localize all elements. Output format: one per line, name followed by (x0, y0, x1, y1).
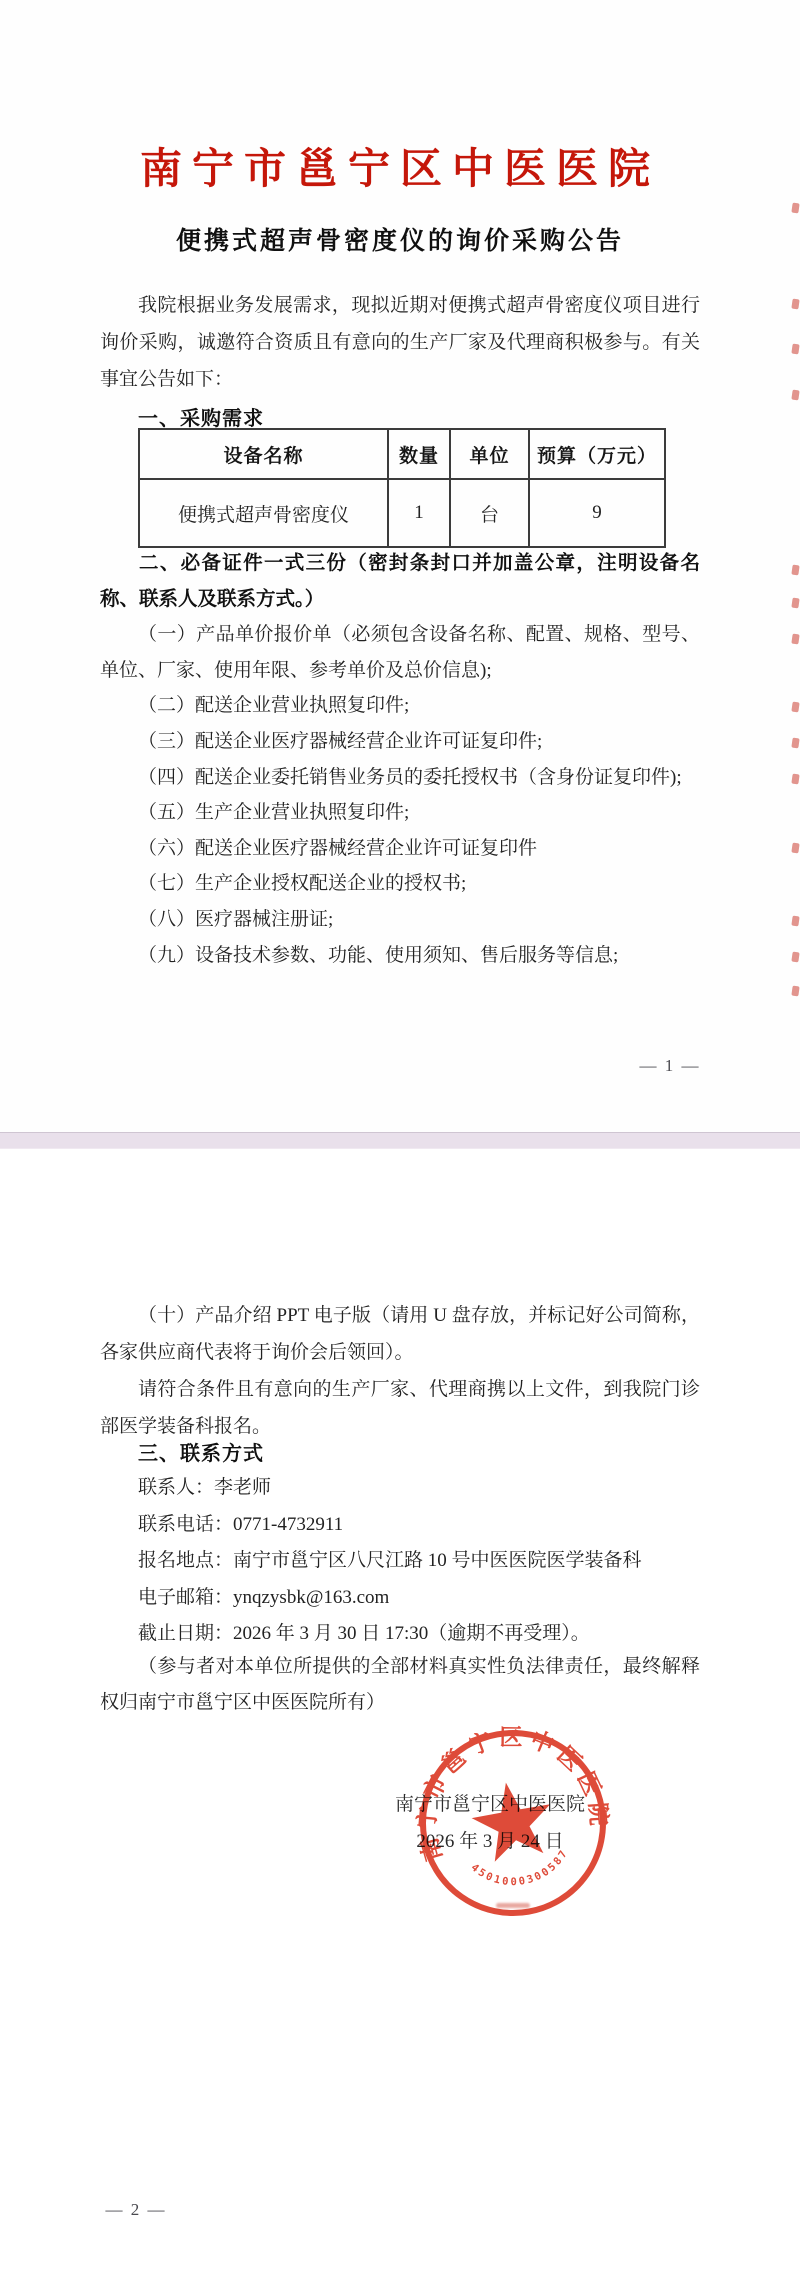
stamp-star-icon (467, 1776, 559, 1865)
cell-device-name: 便携式超声骨密度仪 (139, 479, 388, 547)
scan-artifact (791, 634, 799, 645)
contact-person: 联系人：李老师 (100, 1470, 700, 1507)
contact-phone: 联系电话：0771-4732911 (100, 1507, 700, 1544)
invitation-paragraph: 请符合条件且有意向的生产厂家、代理商携以上文件，到我院门诊部医学装备科报名。 (100, 1371, 700, 1445)
col-header-budget: 预算（万元） (529, 429, 665, 479)
legal-note-text: （参与者对本单位所提供的全部材料真实性负法律责任，最终解释权归南宁市邕宁区中医医… (100, 1649, 700, 1721)
scan-artifact (791, 843, 799, 854)
required-doc-item: （二）配送企业营业执照复印件; (100, 688, 700, 724)
document-page-1: 南宁市邕宁区中医医院 便携式超声骨密度仪的询价采购公告 我院根据业务发展需求，现… (0, 0, 800, 1132)
col-header-quantity: 数量 (388, 429, 450, 479)
col-header-device-name: 设备名称 (139, 429, 388, 479)
contact-block: 联系人：李老师 联系电话：0771-4732911 报名地点：南宁市邕宁区八尺江… (100, 1470, 700, 1653)
required-doc-item: （五）生产企业营业执照复印件; (100, 795, 700, 831)
contact-deadline: 截止日期：2026 年 3 月 30 日 17:30（逾期不再受理）。 (100, 1616, 700, 1653)
cell-unit: 台 (450, 479, 529, 547)
legal-note: （参与者对本单位所提供的全部材料真实性负法律责任，最终解释权归南宁市邕宁区中医医… (100, 1649, 700, 1721)
procurement-table: 设备名称 数量 单位 预算（万元） 便携式超声骨密度仪 1 台 9 (138, 428, 666, 548)
section-2-block: 二、必备证件一式三份（密封条封口并加盖公章，注明设备名称、联系人及联系方式。） … (100, 546, 700, 973)
scan-artifact (791, 344, 799, 355)
scan-artifact (791, 738, 799, 749)
document-page-2: （十）产品介绍 PPT 电子版（请用 U 盘存放，并标记好公司简称，各家供应商代… (0, 1149, 800, 2273)
required-doc-item: （九）设备技术参数、功能、使用须知、售后服务等信息; (100, 938, 700, 974)
required-doc-item: （一）产品单价报价单（必须包含设备名称、配置、规格、型号、单位、厂家、使用年限、… (100, 617, 700, 688)
scan-artifact (791, 702, 799, 713)
scan-artifact (791, 598, 799, 609)
table-row: 便携式超声骨密度仪 1 台 9 (139, 479, 665, 547)
page-separator-band (0, 1132, 800, 1149)
table-header-row: 设备名称 数量 单位 预算（万元） (139, 429, 665, 479)
section-3-heading: 三、联系方式 (138, 1437, 264, 1466)
scan-artifact (791, 203, 799, 214)
hospital-title: 南宁市邕宁区中医医院 (0, 136, 800, 196)
scan-artifact (791, 774, 799, 785)
col-header-unit: 单位 (450, 429, 529, 479)
stamp-ink-smudge (496, 1903, 530, 1908)
svg-text:4501000300587: 4501000300587 (467, 1845, 575, 1896)
scan-artifact (791, 916, 799, 927)
contact-email: 电子邮箱：ynqzysbk@163.com (100, 1580, 700, 1617)
item-10-block: （十）产品介绍 PPT 电子版（请用 U 盘存放，并标记好公司简称，各家供应商代… (100, 1297, 700, 1445)
scan-artifact (791, 986, 799, 997)
announcement-title: 便携式超声骨密度仪的询价采购公告 (0, 221, 800, 257)
required-doc-item: （八）医疗器械注册证; (100, 902, 700, 938)
scan-artifact (791, 565, 799, 576)
cell-quantity: 1 (388, 479, 450, 547)
section-1-heading: 一、采购需求 (138, 402, 264, 431)
contact-address: 报名地点：南宁市邕宁区八尺江路 10 号中医医院医学装备科 (100, 1543, 700, 1580)
scan-artifact (791, 952, 799, 963)
required-doc-item-10: （十）产品介绍 PPT 电子版（请用 U 盘存放，并标记好公司简称，各家供应商代… (100, 1297, 700, 1371)
scanned-document-viewer: { "document": { "accent_colors": { "titl… (0, 0, 800, 2273)
intro-paragraph: 我院根据业务发展需求，现拟近期对便携式超声骨密度仪项目进行询价采购，诚邀符合资质… (100, 287, 700, 398)
required-doc-item: （七）生产企业授权配送企业的授权书; (100, 866, 700, 902)
scan-artifact (791, 299, 799, 310)
stamp-serial-number: 4501000300587 (467, 1845, 575, 1896)
scan-artifact (791, 390, 799, 401)
page-1-number: — 1 — (600, 1056, 740, 1076)
cell-budget: 9 (529, 479, 665, 547)
required-doc-item: （六）配送企业医疗器械经营企业许可证复印件 (100, 831, 700, 867)
required-doc-item: （四）配送企业委托销售业务员的委托授权书（含身份证复印件); (100, 760, 700, 796)
section-2-heading: 二、必备证件一式三份（密封条封口并加盖公章，注明设备名称、联系人及联系方式。） (100, 546, 700, 617)
required-doc-item: （三）配送企业医疗器械经营企业许可证复印件; (100, 724, 700, 760)
page-2-number: — 2 — (66, 2200, 206, 2220)
